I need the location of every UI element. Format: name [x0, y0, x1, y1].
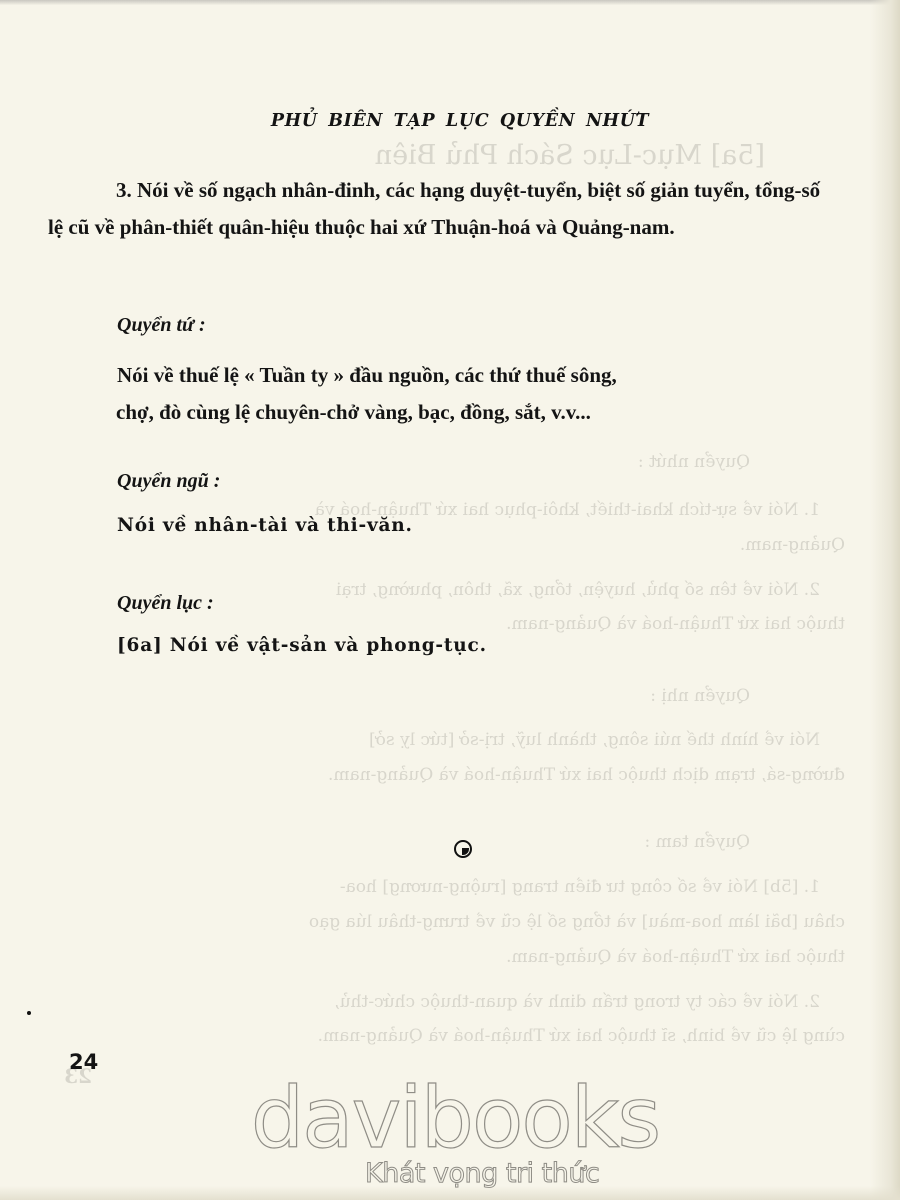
bleed-line: Quảng-nam. — [740, 535, 845, 555]
bleed-line: [5a] Mục-Lục Sách Phủ Biên — [375, 140, 765, 171]
heading-quyen-ngu: Quyển ngũ : — [117, 470, 220, 493]
bleed-line: Quyển nhứt : — [638, 452, 750, 472]
bleed-line: Nói về hình thế núi sông, thành luỹ, trị… — [369, 730, 820, 750]
page-right-edge-shadow — [870, 0, 900, 1200]
page-bottom-edge-shadow — [0, 1186, 900, 1200]
page-number: 24 — [69, 1050, 98, 1074]
paragraph-item-3: 3. Nói về số ngạch nhân-đinh, các hạng d… — [48, 172, 838, 246]
watermark-tagline: Khát vọng tri thức — [365, 1158, 599, 1189]
paragraph-quyen-tu: Nói về thuế lệ « Tuần ty » đầu nguồn, cá… — [117, 357, 837, 431]
section-end-ornament-icon — [454, 840, 472, 858]
paragraph-quyen-ngu: Nói về nhân-tài và thi-văn. — [117, 515, 413, 536]
heading-quyen-tu: Quyển tứ : — [117, 314, 206, 337]
bleed-line: cùng lệ cũ về binh, sĩ thuộc hai xứ Thuậ… — [318, 1026, 845, 1046]
heading-quyen-luc: Quyển lục : — [117, 592, 214, 615]
paragraph-quyen-luc: [6a] Nói về vật-sản và phong-tục. — [117, 635, 487, 656]
bleed-line: thuộc hai xứ Thuận-hoá và Quảng-nam. — [506, 614, 845, 634]
bleed-line: Quyển nhị : — [650, 686, 750, 706]
running-head: PHỦ BIÊN TẠP LỤC QUYỀN NHỨT — [0, 111, 900, 131]
bleed-line: 2. Nói về các ty trong trấn dinh và quan… — [334, 992, 820, 1012]
bleed-line: thuộc hai xứ Thuận-hoá và Quảng-nam. — [506, 947, 845, 967]
bleed-line: Quyển tam : — [644, 832, 750, 852]
paragraph-line: chợ, đò cùng lệ chuyên-chở vàng, bạc, đồ… — [116, 394, 837, 431]
bleed-line: 2. Nói về tên số phủ, huyện, tổng, xã, t… — [336, 580, 820, 600]
bleed-line: đường-sá, trạm dịch thuộc hai xứ Thuận-h… — [328, 765, 845, 785]
paragraph-line: Nói về thuế lệ « Tuần ty » đầu nguồn, cá… — [117, 357, 837, 394]
bleed-line: 1. [5b] Nói về số công tư điền trang [ru… — [340, 877, 820, 897]
stray-ink-dot — [27, 1011, 31, 1015]
bleed-line: châu [bãi làm hoa-màu] và tổng số lệ cũ … — [309, 912, 845, 932]
watermark-brand: davibooks — [245, 1076, 665, 1160]
